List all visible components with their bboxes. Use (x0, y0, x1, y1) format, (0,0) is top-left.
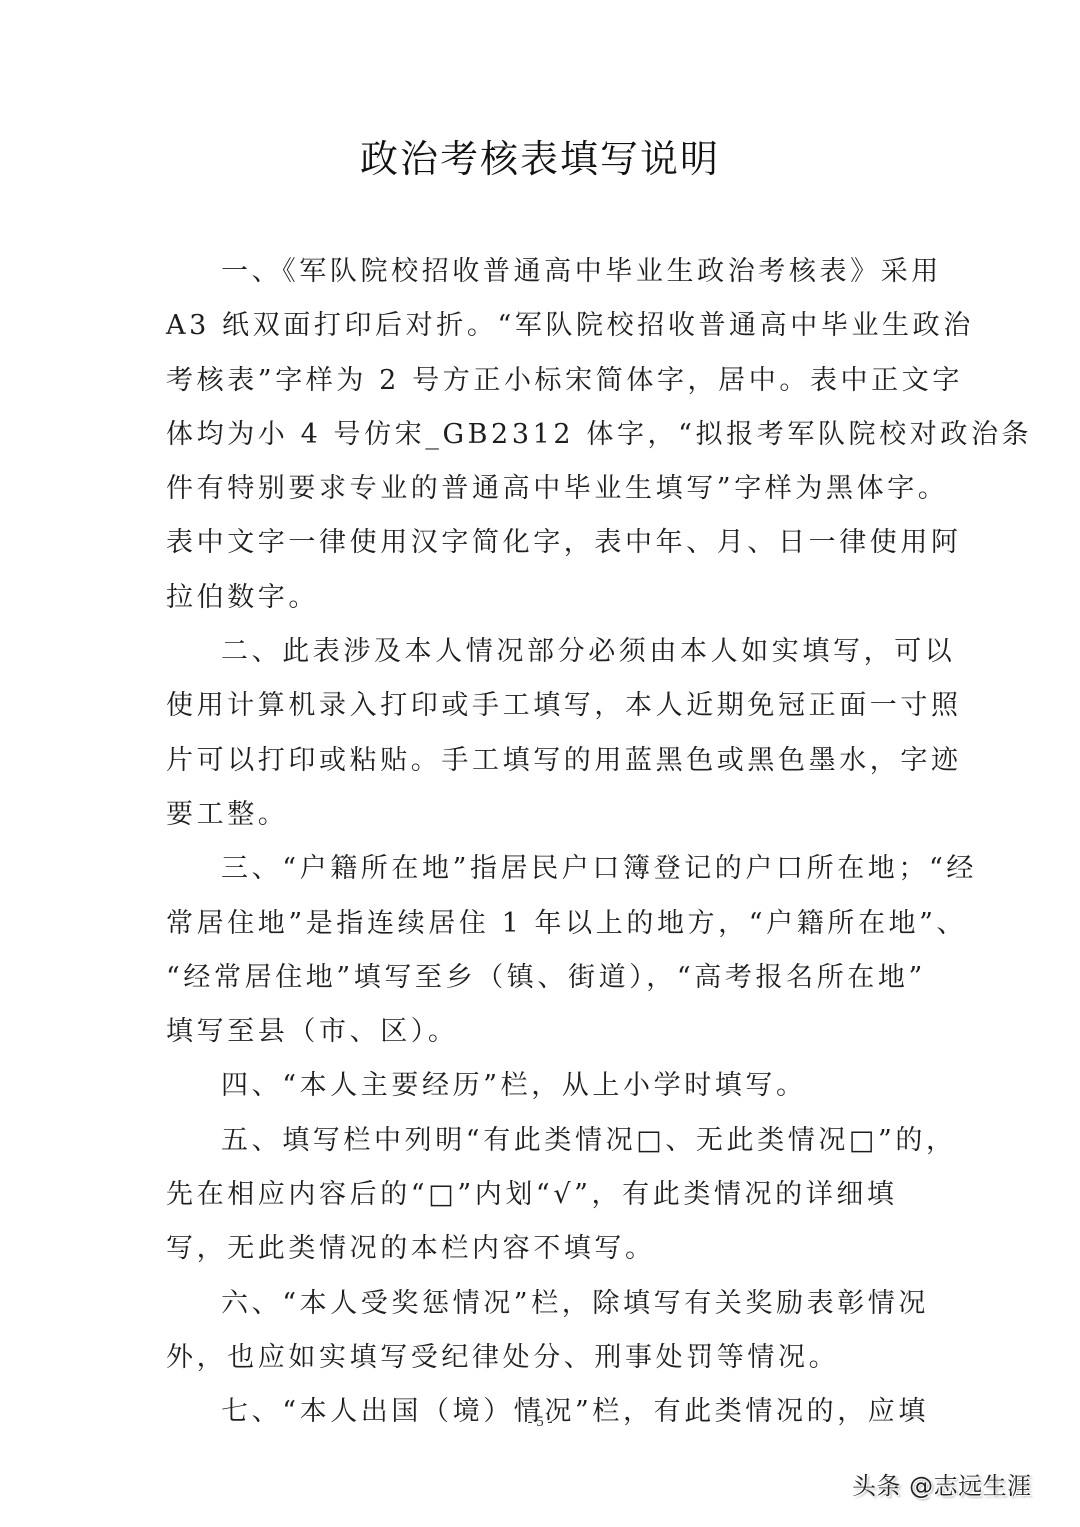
paragraph-item-2: 二、此表涉及本人情况部分必须由本人如实填写，可以 使用计算机录入打印或手工填写，… (166, 625, 926, 842)
paragraph-item-1: 一、《军队院校招收普通高中毕业生政治考核表》采用 A3 纸双面打印后对折。“军队… (166, 245, 926, 625)
paragraph-line: 拉伯数字。 (166, 571, 926, 625)
paragraph-item-5: 五、填写栏中列明“有此类情况□、无此类情况□”的， 先在相应内容后的“□”内划“… (166, 1114, 926, 1277)
document-page: 政治考核表填写说明 一、《军队院校招收普通高中毕业生政治考核表》采用 A3 纸双… (0, 0, 1080, 1527)
paragraph-line: “经常居住地”填写至乡（镇、街道），“高考报名所在地” (166, 951, 926, 1005)
document-title: 政治考核表填写说明 (0, 133, 1080, 185)
paragraph-item-7: 七、“本人出国（境）情况”栏，有此类情况的，应填 (166, 1385, 926, 1439)
paragraph-line: 要工整。 (166, 788, 926, 842)
paragraph-line: 体均为小 4 号仿宋_GB2312 体字，“拟报考军队院校对政治条 (166, 408, 926, 462)
paragraph-line: 写，无此类情况的本栏内容不填写。 (166, 1222, 926, 1276)
paragraph-line: 六、“本人受奖惩情况”栏，除填写有关奖励表彰情况 (166, 1277, 926, 1331)
page-number: - 5 - (0, 1414, 1080, 1431)
watermark-label: 头条 @志远生涯 (852, 1466, 1032, 1501)
paragraph-line: 常居住地”是指连续居住 1 年以上的地方，“户籍所在地”、 (166, 897, 926, 951)
paragraph-line: 四、“本人主要经历”栏，从上小学时填写。 (166, 1059, 926, 1113)
paragraph-line: 外，也应如实填写受纪律处分、刑事处罚等情况。 (166, 1331, 926, 1385)
document-body: 一、《军队院校招收普通高中毕业生政治考核表》采用 A3 纸双面打印后对折。“军队… (166, 245, 926, 1440)
paragraph-item-6: 六、“本人受奖惩情况”栏，除填写有关奖励表彰情况 外，也应如实填写受纪律处分、刑… (166, 1277, 926, 1386)
paragraph-line: 先在相应内容后的“□”内划“√”，有此类情况的详细填 (166, 1168, 926, 1222)
paragraph-line: 件有特别要求专业的普通高中毕业生填写”字样为黑体字。 (166, 462, 926, 516)
paragraph-line: 使用计算机录入打印或手工填写，本人近期免冠正面一寸照 (166, 679, 926, 733)
paragraph-line: 表中文字一律使用汉字简化字，表中年、月、日一律使用阿 (166, 516, 926, 570)
paragraph-line: 填写至县（市、区）。 (166, 1005, 926, 1059)
paragraph-line: 三、“户籍所在地”指居民户口簿登记的户口所在地；“经 (166, 842, 926, 896)
paragraph-line: 二、此表涉及本人情况部分必须由本人如实填写，可以 (166, 625, 926, 679)
paragraph-line: 五、填写栏中列明“有此类情况□、无此类情况□”的， (166, 1114, 926, 1168)
paragraph-line: 一、《军队院校招收普通高中毕业生政治考核表》采用 (166, 245, 926, 299)
paragraph-line: A3 纸双面打印后对折。“军队院校招收普通高中毕业生政治 (166, 299, 926, 353)
paragraph-line: 考核表”字样为 2 号方正小标宋简体字，居中。表中正文字 (166, 354, 926, 408)
paragraph-line: 片可以打印或粘贴。手工填写的用蓝黑色或黑色墨水，字迹 (166, 734, 926, 788)
paragraph-line: 七、“本人出国（境）情况”栏，有此类情况的，应填 (166, 1385, 926, 1439)
paragraph-item-4: 四、“本人主要经历”栏，从上小学时填写。 (166, 1059, 926, 1113)
paragraph-item-3: 三、“户籍所在地”指居民户口簿登记的户口所在地；“经 常居住地”是指连续居住 1… (166, 842, 926, 1059)
